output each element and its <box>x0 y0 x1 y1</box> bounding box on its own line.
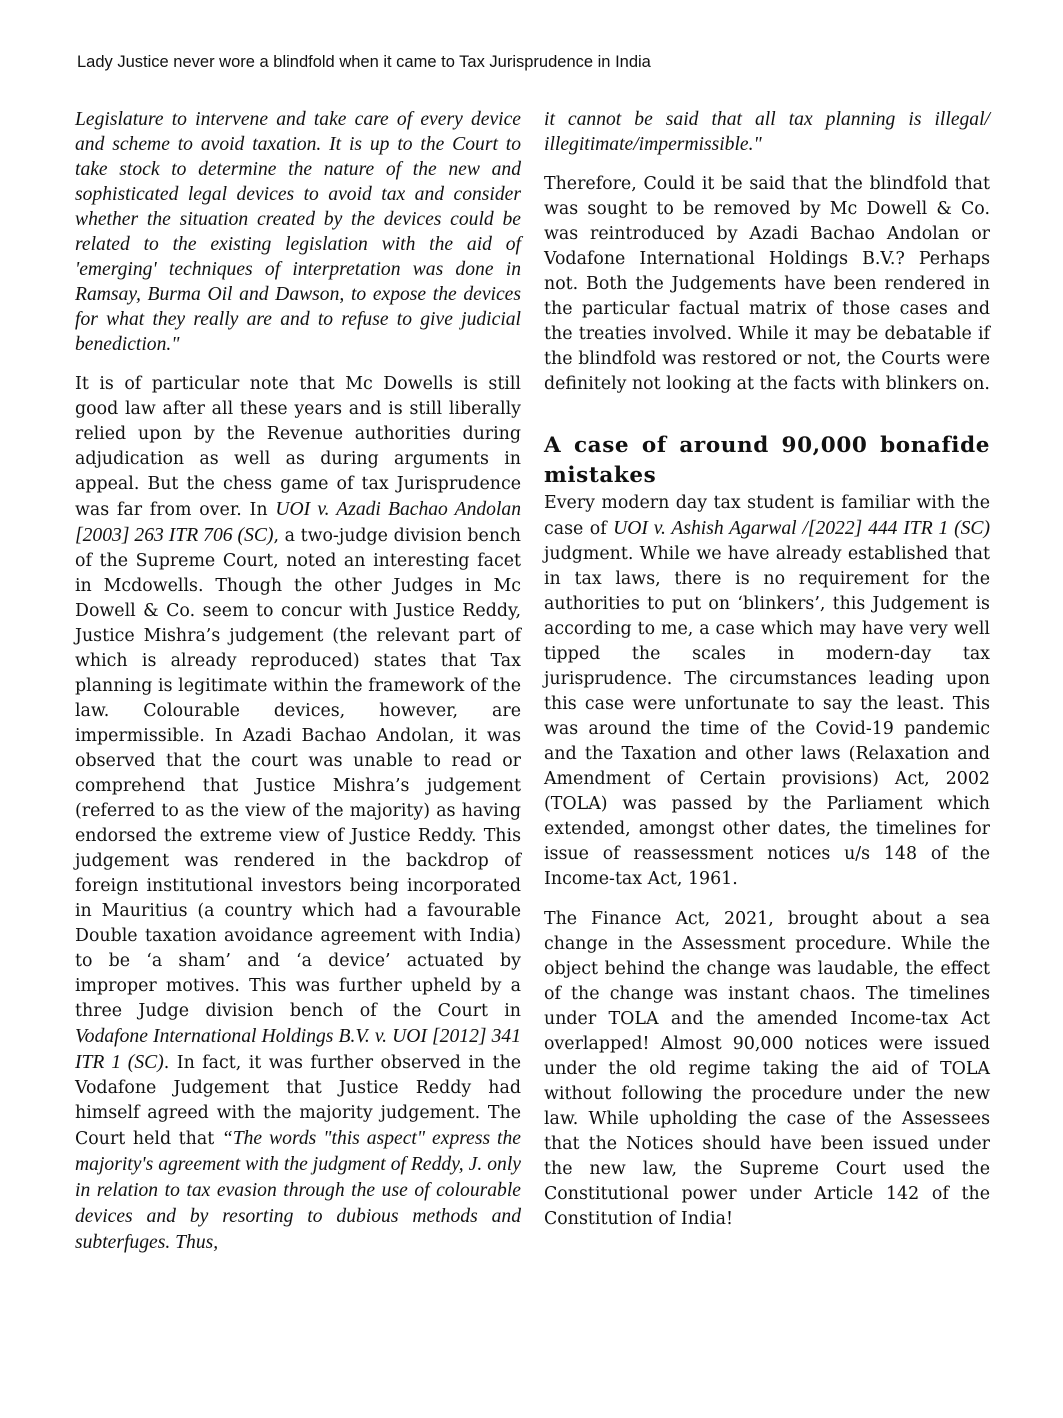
right-column: it cannot be said that all tax planning … <box>544 107 990 1247</box>
paragraph-text: , a two-judge division bench of the Supr… <box>75 526 521 1021</box>
paragraph-mcdowells: It is of particular note that Mc Dowells… <box>75 372 521 1256</box>
case-citation: UOI v. Ashish Agarwal /[2022] 444 ITR 1 … <box>613 518 990 539</box>
running-header: Lady Justice never wore a blindfold when… <box>77 53 651 72</box>
quote-end: it cannot be said that all tax planning … <box>544 107 990 157</box>
section-heading: A case of around 90,000 bonafide mistake… <box>544 431 990 491</box>
quote-continuation: Legislature to intervene and take care o… <box>75 107 521 357</box>
paragraph-therefore: Therefore, Could it be said that the bli… <box>544 172 990 397</box>
paragraph-text: judgment. While we have already establis… <box>544 544 990 889</box>
paragraph-ashish-agarwal: Every modern day tax student is familiar… <box>544 491 990 892</box>
left-column: Legislature to intervene and take care o… <box>75 107 521 1271</box>
paragraph-finance-act: The Finance Act, 2021, brought about a s… <box>544 907 990 1232</box>
